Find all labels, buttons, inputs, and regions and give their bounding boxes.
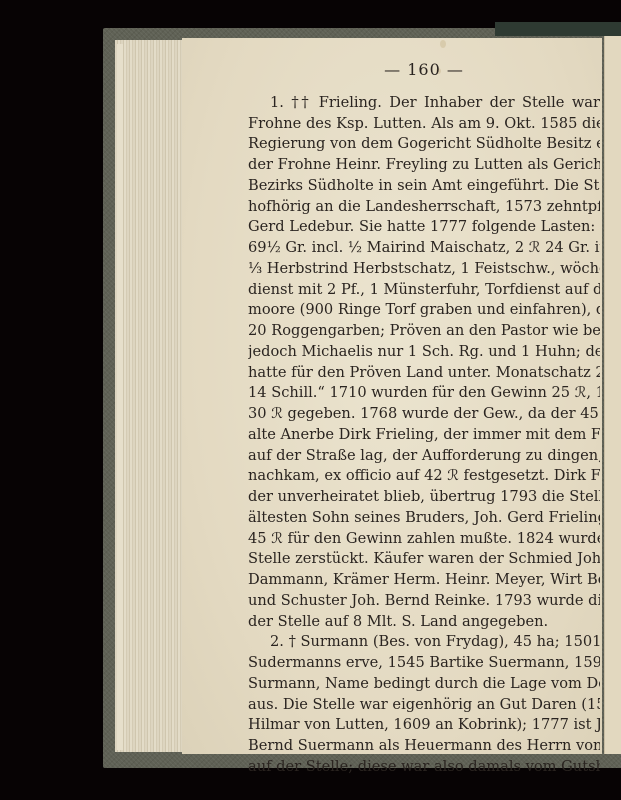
text-line: 69½ Gr. incl. ½ Mairind Maischatz, 2 ℛ 2…	[248, 238, 600, 259]
text-line: hofhörig an die Landesherrschaft, 1573 z…	[248, 197, 600, 218]
text-line: 1. †† Frieling. Der Inhaber der Stelle w…	[248, 93, 600, 114]
text-line: aus. Die Stelle war eigenhörig an Gut Da…	[248, 695, 600, 716]
text-line: 20 Roggengarben; Pröven an den Pastor wi…	[248, 321, 600, 342]
text-line: der Frohne Heinr. Freyling zu Lutten als…	[248, 155, 600, 176]
page-stack-edges	[115, 40, 186, 752]
text-line: Stelle zerstückt. Käufer waren der Schmi…	[248, 549, 600, 570]
text-line: hatte für den Pröven Land unter. Monatsc…	[248, 363, 600, 384]
text-line: Regierung von dem Gogericht Südholte Bes…	[248, 134, 600, 155]
text-line: alte Anerbe Dirk Frieling, der immer mit…	[248, 425, 600, 446]
text-line: auf der Straße lag, der Aufforderung zu …	[248, 446, 600, 467]
text-line: Frohne des Ksp. Lutten. Als am 9. Okt. 1…	[248, 114, 600, 135]
text-line: Dammann, Krämer Herm. Heinr. Meyer, Wirt…	[248, 570, 600, 591]
book-cover-spine-edge	[495, 22, 621, 36]
text-line: der unverheiratet blieb, übertrug 1793 d…	[248, 487, 600, 508]
page-stack-front-edge	[117, 44, 123, 750]
text-line: und Schuster Joh. Bernd Reinke. 1793 wur…	[248, 591, 600, 612]
text-line: der Stelle auf 8 Mlt. S. Land angegeben.	[248, 612, 600, 633]
adjacent-page-edge	[604, 36, 621, 754]
text-line: Bernd Suermann als Heuermann des Herrn v…	[248, 736, 600, 757]
text-line: 45 ℛ für den Gewinn zahlen mußte. 1824 w…	[248, 529, 600, 550]
paper-stain	[440, 40, 446, 48]
text-line: Hilmar von Lutten, 1609 an Kobrink); 177…	[248, 715, 600, 736]
text-line: 2. † Surmann (Bes. von Frydag), 45 ha; 1…	[248, 632, 600, 653]
text-line: auf der Stelle; diese war also damals vo…	[248, 757, 600, 778]
text-line: jedoch Michaelis nur 1 Sch. Rg. und 1 Hu…	[248, 342, 600, 363]
text-line: Bezirks Südholte in sein Amt eingeführt.…	[248, 176, 600, 197]
text-line: ⅓ Herbstrind Herbstschatz, 1 Feistschw.,…	[248, 259, 600, 280]
text-line: nachkam, ex officio auf 42 ℛ festgesetzt…	[248, 466, 600, 487]
text-line: Gerd Ledebur. Sie hatte 1777 folgende La…	[248, 217, 600, 238]
text-line: moore (900 Ringe Torf graben und einfahr…	[248, 300, 600, 321]
text-line: dienst mit 2 Pf., 1 Münsterfuhr, Torfdie…	[248, 280, 600, 301]
page-number: — 160 —	[248, 60, 600, 81]
page-text: — 160 — 1. †† Frieling. Der Inhaber der …	[248, 60, 600, 778]
text-line: 14 Schill.“ 1710 wurden für den Gewinn 2…	[248, 383, 600, 404]
text-line: Sudermanns erve, 1545 Bartike Suermann, …	[248, 653, 600, 674]
text-line: 30 ℛ gegeben. 1768 wurde der Gew., da de…	[248, 404, 600, 425]
text-line: Surmann, Name bedingt durch die Lage vom…	[248, 674, 600, 695]
text-line: ältesten Sohn seines Bruders, Joh. Gerd …	[248, 508, 600, 529]
